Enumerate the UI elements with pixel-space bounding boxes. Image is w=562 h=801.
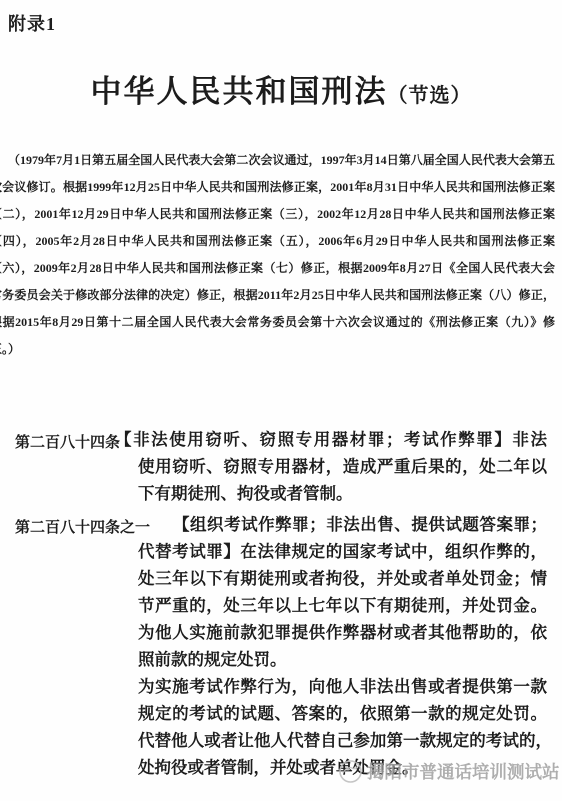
watermark-text: 揭阳市普通话培训测试站 [367, 759, 560, 784]
article-line: 代替他人或者让他人代替自己参加第一款规定的考试的， [138, 727, 552, 754]
article-line: 节严重的，处三年以上七年以下有期徒刑，并处罚金。 [138, 592, 547, 619]
article-line: 使用窃听、窃照专用器材，造成严重后果的，处二年以 [138, 453, 547, 480]
article-line: 为他人实施前款犯罪提供作弊器材或者其他帮助的，依 [138, 619, 547, 646]
article-284: 第二百八十四条 【非法使用窃听、窃照专用器材罪；考试作弊罪】非法使用窃听、窃照专… [0, 426, 562, 507]
article-line: 照前款的规定处罚。 [138, 646, 562, 673]
intro-line: （四），2005年2月28日中华人民共和国刑法修正案（五），2006年6月29日… [0, 228, 555, 255]
intro-line: 次会议修订。根据1999年12月25日中华人民共和国刑法修正案，2001年8月3… [0, 174, 555, 201]
watermark: 揭阳市普通话培训测试站 [338, 759, 560, 784]
article-284-1-body: 【组织考试作弊罪；非法出售、提供试题答案罪；代替考试罪】在法律规定的国家考试中，… [0, 511, 562, 781]
intro-line: （二），2001年12月29日中华人民共和国刑法修正案（三），2002年12月2… [0, 201, 555, 228]
appendix-label: 附录1 [8, 10, 56, 36]
article-284-1-number: 第二百八十四条之一 [15, 516, 150, 537]
article-line: 下有期徒刑、拘役或者管制。 [138, 480, 562, 507]
article-line: 为实施考试作弊行为，向他人非法出售或者提供第一款 [138, 673, 547, 700]
intro-line: （1979年7月1日第五届全国人民代表大会第二次会议通过，1997年3月14日第… [0, 147, 555, 174]
article-line: 规定的考试的试题、答案的，依照第一款的规定处罚。 [138, 700, 547, 727]
articles-section: 第二百八十四条 【非法使用窃听、窃照专用器材罪；考试作弊罪】非法使用窃听、窃照专… [0, 426, 562, 781]
document-title: 中华人民共和国刑法（节选） [0, 72, 562, 118]
article-line: 【组织考试作弊罪；非法出售、提供试题答案罪； [173, 511, 547, 538]
article-284-1: 第二百八十四条之一 【组织考试作弊罪；非法出售、提供试题答案罪；代替考试罪】在法… [0, 511, 562, 781]
document-page: 附录1 中华人民共和国刑法（节选） （1979年7月1日第五届全国人民代表大会第… [0, 0, 562, 801]
article-line: 处三年以下有期徒刑或者拘役，并处或者单处罚金；情 [138, 565, 547, 592]
intro-line: 常务委员会关于修改部分法律的决定）修正，根据2011年2月25日中华人民共和国刑… [0, 282, 555, 309]
title-text: 中华人民共和国刑法 [91, 74, 388, 109]
article-line: 【非法使用窃听、窃照专用器材罪；考试作弊罪】非法 [115, 426, 547, 453]
intro-line: 正。） [0, 336, 562, 363]
title-suffix: （节选） [388, 85, 472, 107]
article-284-number: 第二百八十四条 [15, 431, 120, 452]
article-line: 代替考试罪】在法律规定的国家考试中，组织作弊的， [138, 538, 547, 565]
intro-line: 根据2015年8月29日第十二届全国人民代表大会常务委员会第十六次会议通过的《刑… [0, 309, 555, 336]
revision-history-paragraph: （1979年7月1日第五届全国人民代表大会第二次会议通过，1997年3月14日第… [0, 147, 562, 363]
watermark-logo-icon [338, 759, 363, 784]
intro-line: （六），2009年2月28日中华人民共和国刑法修正案（七）修正，根据2009年8… [0, 255, 555, 282]
